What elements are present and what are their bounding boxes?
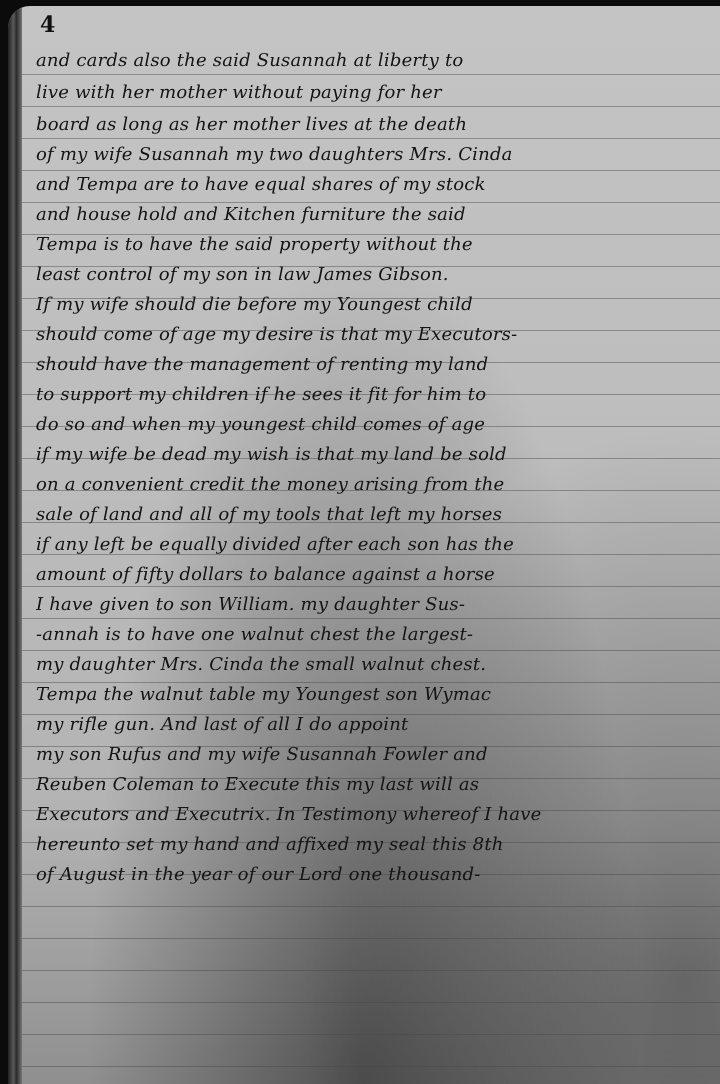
will-line: live with her mother without paying for …: [36, 82, 706, 103]
will-line: on a convenient credit the money arising…: [36, 474, 706, 495]
ruled-line: [22, 74, 720, 75]
will-line: of August in the year of our Lord one th…: [36, 864, 706, 885]
ruled-line: [22, 906, 720, 907]
will-line: board as long as her mother lives at the…: [36, 114, 706, 135]
will-line: if any left be equally divided after eac…: [36, 534, 706, 555]
will-line: amount of fifty dollars to balance again…: [36, 564, 706, 585]
will-line: I have given to son William. my daughter…: [36, 594, 706, 615]
will-line: if my wife be dead my wish is that my la…: [36, 444, 706, 465]
ruled-line: [22, 650, 720, 651]
ledger-page: 4 and cards also the said Susannah at li…: [8, 6, 720, 1084]
ruled-line: [22, 202, 720, 203]
page-number: 4: [40, 12, 55, 38]
will-line: -annah is to have one walnut chest the l…: [36, 624, 706, 645]
page-binding: [8, 6, 22, 1084]
will-line: If my wife should die before my Youngest…: [36, 294, 706, 315]
ruled-line: [22, 586, 720, 587]
ruled-line: [22, 138, 720, 139]
will-line: my rifle gun. And last of all I do appoi…: [36, 714, 706, 735]
will-line: do so and when my youngest child comes o…: [36, 414, 706, 435]
will-line: to support my children if he sees it fit…: [36, 384, 706, 405]
will-line: Tempa the walnut table my Youngest son W…: [36, 684, 706, 705]
will-line: hereunto set my hand and affixed my seal…: [36, 834, 706, 855]
ruled-line: [22, 938, 720, 939]
ruled-line: [22, 106, 720, 107]
ruled-line: [22, 170, 720, 171]
ruled-line: [22, 1066, 720, 1067]
will-line: my daughter Mrs. Cinda the small walnut …: [36, 654, 706, 675]
will-line: my son Rufus and my wife Susannah Fowler…: [36, 744, 706, 765]
will-line: should come of age my desire is that my …: [36, 324, 706, 345]
ruled-line: [22, 1002, 720, 1003]
will-line: Reuben Coleman to Execute this my last w…: [36, 774, 706, 795]
ruled-line: [22, 618, 720, 619]
ruled-line: [22, 682, 720, 683]
ruled-line: [22, 970, 720, 971]
will-line: should have the management of renting my…: [36, 354, 706, 375]
will-line: of my wife Susannah my two daughters Mrs…: [36, 144, 706, 165]
will-line: and cards also the said Susannah at libe…: [36, 50, 706, 71]
will-line: sale of land and all of my tools that le…: [36, 504, 706, 525]
will-line: and Tempa are to have equal shares of my…: [36, 174, 706, 195]
will-line: Executors and Executrix. In Testimony wh…: [36, 804, 706, 825]
will-line: and house hold and Kitchen furniture the…: [36, 204, 706, 225]
will-line: Tempa is to have the said property witho…: [36, 234, 706, 255]
will-line: least control of my son in law James Gib…: [36, 264, 706, 285]
ruled-line: [22, 1034, 720, 1035]
